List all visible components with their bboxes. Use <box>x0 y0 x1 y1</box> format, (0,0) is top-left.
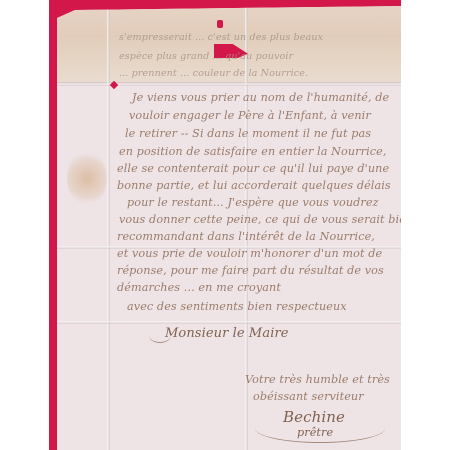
body-text-line: recommandant dans l'intérêt de la Nourri… <box>117 230 375 243</box>
body-text-line: et vous prie de vouloir m'honorer d'un m… <box>117 247 382 260</box>
upper-text-line: espèce plus grand ... qu'au pouvoir <box>119 51 293 62</box>
upper-text-line: s'empresserait ... c'est un des plus bea… <box>119 32 323 43</box>
body-text-line: avec des sentiments bien respectueux <box>127 300 347 313</box>
closing-line: Votre très humble et très <box>245 373 390 386</box>
horizontal-fold-crease <box>57 321 401 324</box>
scan-canvas: s'empresserait ... c'est un des plus bea… <box>0 0 450 450</box>
letter-sheet: s'empresserait ... c'est un des plus bea… <box>57 6 401 450</box>
foxing-stain <box>67 151 107 206</box>
body-text-line: réponse, pour me faire part du résultat … <box>117 264 384 277</box>
signature-flourish <box>255 414 385 443</box>
body-text-line: démarches ... en me croyant <box>117 281 281 294</box>
body-text-line: vous donner cette peine, ce qui de vous … <box>119 213 401 226</box>
vertical-fold-crease <box>107 6 110 450</box>
body-text-line: pour le restant... J'espère que vous vou… <box>127 196 379 209</box>
body-text-line: elle se contenterait pour ce qu'il lui p… <box>117 162 389 175</box>
body-text-line: vouloir engager le Père à l'Enfant, à ve… <box>129 109 371 122</box>
addressee-line: Monsieur le Maire <box>165 326 289 341</box>
paper-tear-hole <box>217 20 223 28</box>
body-text-line: bonne partie, et lui accorderait quelque… <box>117 179 391 192</box>
body-text-line: le retirer -- Si dans le moment il ne fu… <box>125 127 371 140</box>
closing-line: obéissant serviteur <box>253 390 364 403</box>
upper-text-line: ... prennent ... couleur de la Nourrice. <box>119 68 308 79</box>
pen-flourish <box>149 328 171 343</box>
body-text-line: Je viens vous prier au nom de l'humanité… <box>132 91 389 104</box>
body-text-line: en position de satisfaire en entier la N… <box>119 145 387 158</box>
